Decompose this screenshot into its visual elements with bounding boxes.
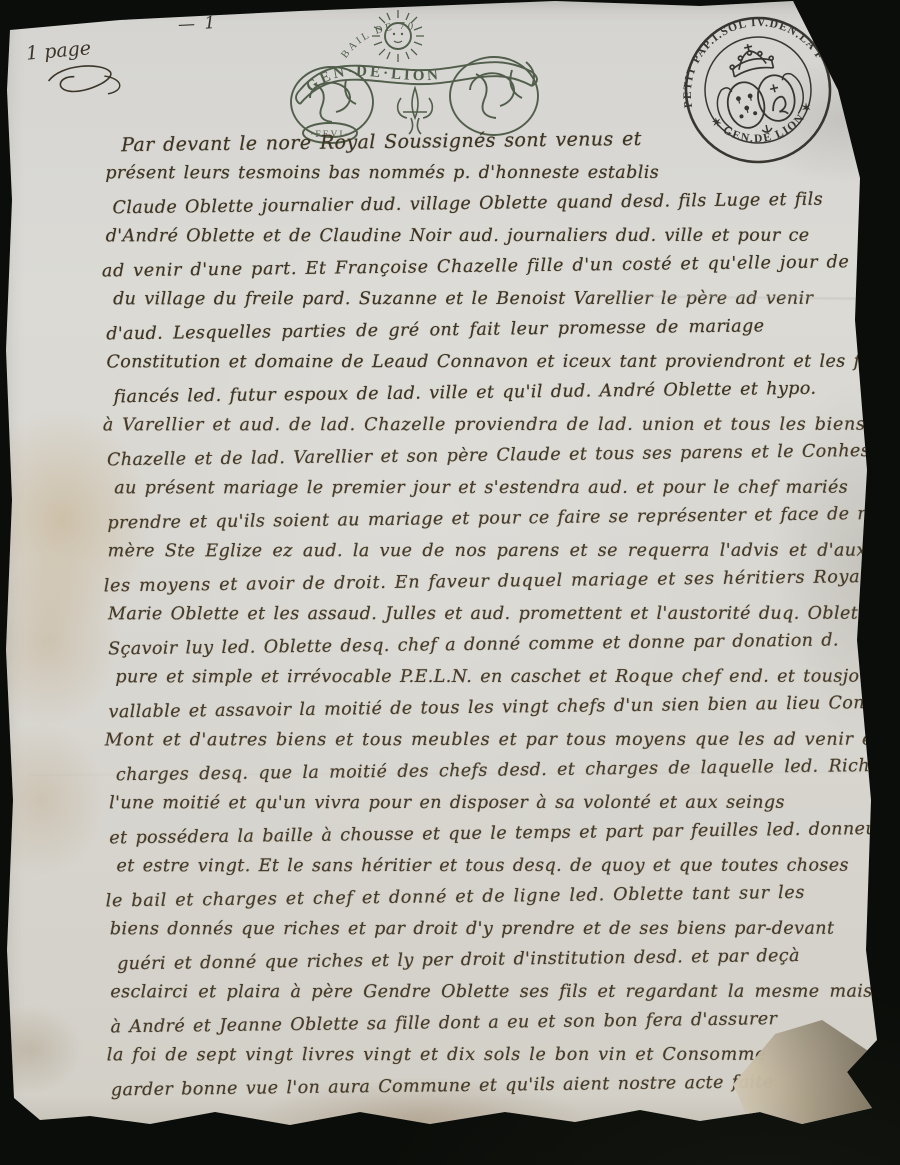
- manuscript-line: le bail et charges et chef et donné et d…: [106, 878, 822, 918]
- manuscript-line: mère Ste Eglize ez aud. la vue de nos pa…: [108, 535, 820, 567]
- manuscript-line: présent leurs tesmoins bas nommés p. d'h…: [105, 157, 817, 189]
- page-number: — 1: [178, 13, 218, 35]
- manuscript-line: vallable et assavoir la moitié de tous l…: [108, 689, 820, 729]
- manuscript-line: au présent mariage le premier jour et s'…: [114, 472, 819, 504]
- manuscript-line: garder bonne vue l'on aura Commune et qu…: [111, 1067, 823, 1107]
- crown-icon: [726, 39, 775, 77]
- manuscript-line: à Varellier et aud. de lad. Chazelle pro…: [103, 409, 819, 441]
- manuscript-line: ad venir d'une part. Et Françoise Chazel…: [102, 248, 818, 288]
- manuscript-page: 1 page — 1: [0, 0, 900, 1165]
- lion-icon: [770, 96, 788, 117]
- manuscript-line: prendre et qu'ils soient au mariage et p…: [107, 500, 819, 540]
- manuscript-line: du village du freile pard. Suzanne et le…: [113, 283, 818, 315]
- manuscript-line: à André et Jeanne Oblette sa fille dont …: [110, 1004, 822, 1044]
- manuscript-line: Marie Oblette et les assaud. Julles et a…: [108, 598, 820, 630]
- manuscript-text: Par devant le nore Royal Soussignés sont…: [105, 124, 823, 1105]
- manuscript-line: Par devant le nore Royal Soussignés sont…: [121, 122, 817, 162]
- manuscript-line: d'André Oblette et de Claudine Noir aud.…: [106, 220, 818, 252]
- sun-icon: [372, 10, 424, 62]
- manuscript-line: biens donnés que riches et par droit d'y…: [110, 913, 822, 945]
- manuscript-line: les moyens et avoir de droit. En faveur …: [104, 563, 820, 603]
- corner-note: 1 page: [25, 37, 92, 65]
- manuscript-line: fiancés led. futur espoux de lad. ville …: [113, 374, 818, 414]
- manuscript-line: l'une moitié et qu'un vivra pour en disp…: [109, 787, 821, 819]
- manuscript-line: et estre vingt. Et le sans héritier et t…: [117, 850, 822, 882]
- photograph-background: 1 page — 1: [0, 0, 900, 1165]
- manuscript-line: d'aud. Lesquelles parties de gré ont fai…: [106, 311, 818, 351]
- manuscript-line: Chazelle et de lad. Varellier et son pèr…: [107, 437, 819, 477]
- manuscript-line: Mont et d'autres biens et tous meubles e…: [105, 724, 821, 756]
- manuscript-line: et possédera la baille à chousse et que …: [109, 815, 821, 855]
- manuscript-line: Claude Oblette journalier dud. village O…: [112, 185, 817, 225]
- manuscript-line: Constitution et domaine de Leaud Connavo…: [106, 346, 818, 378]
- manuscript-line: Sçavoir luy led. Oblette desq. chef a do…: [108, 626, 820, 666]
- stamp-top-arc-text: BAIL DE 70: [339, 21, 416, 60]
- flourish-icon: [43, 56, 133, 111]
- manuscript-line: esclairci et plaira à père Gendre Oblett…: [110, 976, 822, 1008]
- cross-icon: [769, 84, 779, 94]
- round-stamp-top-text: PETIT PAP.I.SOL IV.DEN.LA F: [666, 2, 830, 109]
- manuscript-line: pure et simple et irrévocable P.E.L.N. e…: [115, 661, 820, 693]
- manuscript-line: la foi de sept vingt livres vingt et dix…: [107, 1039, 823, 1071]
- manuscript-line: guéri et donné que riches et ly per droi…: [117, 941, 822, 981]
- shield-cross-and-lion: [754, 72, 799, 125]
- manuscript-line: charges desq. que la moitié des chefs de…: [116, 752, 821, 792]
